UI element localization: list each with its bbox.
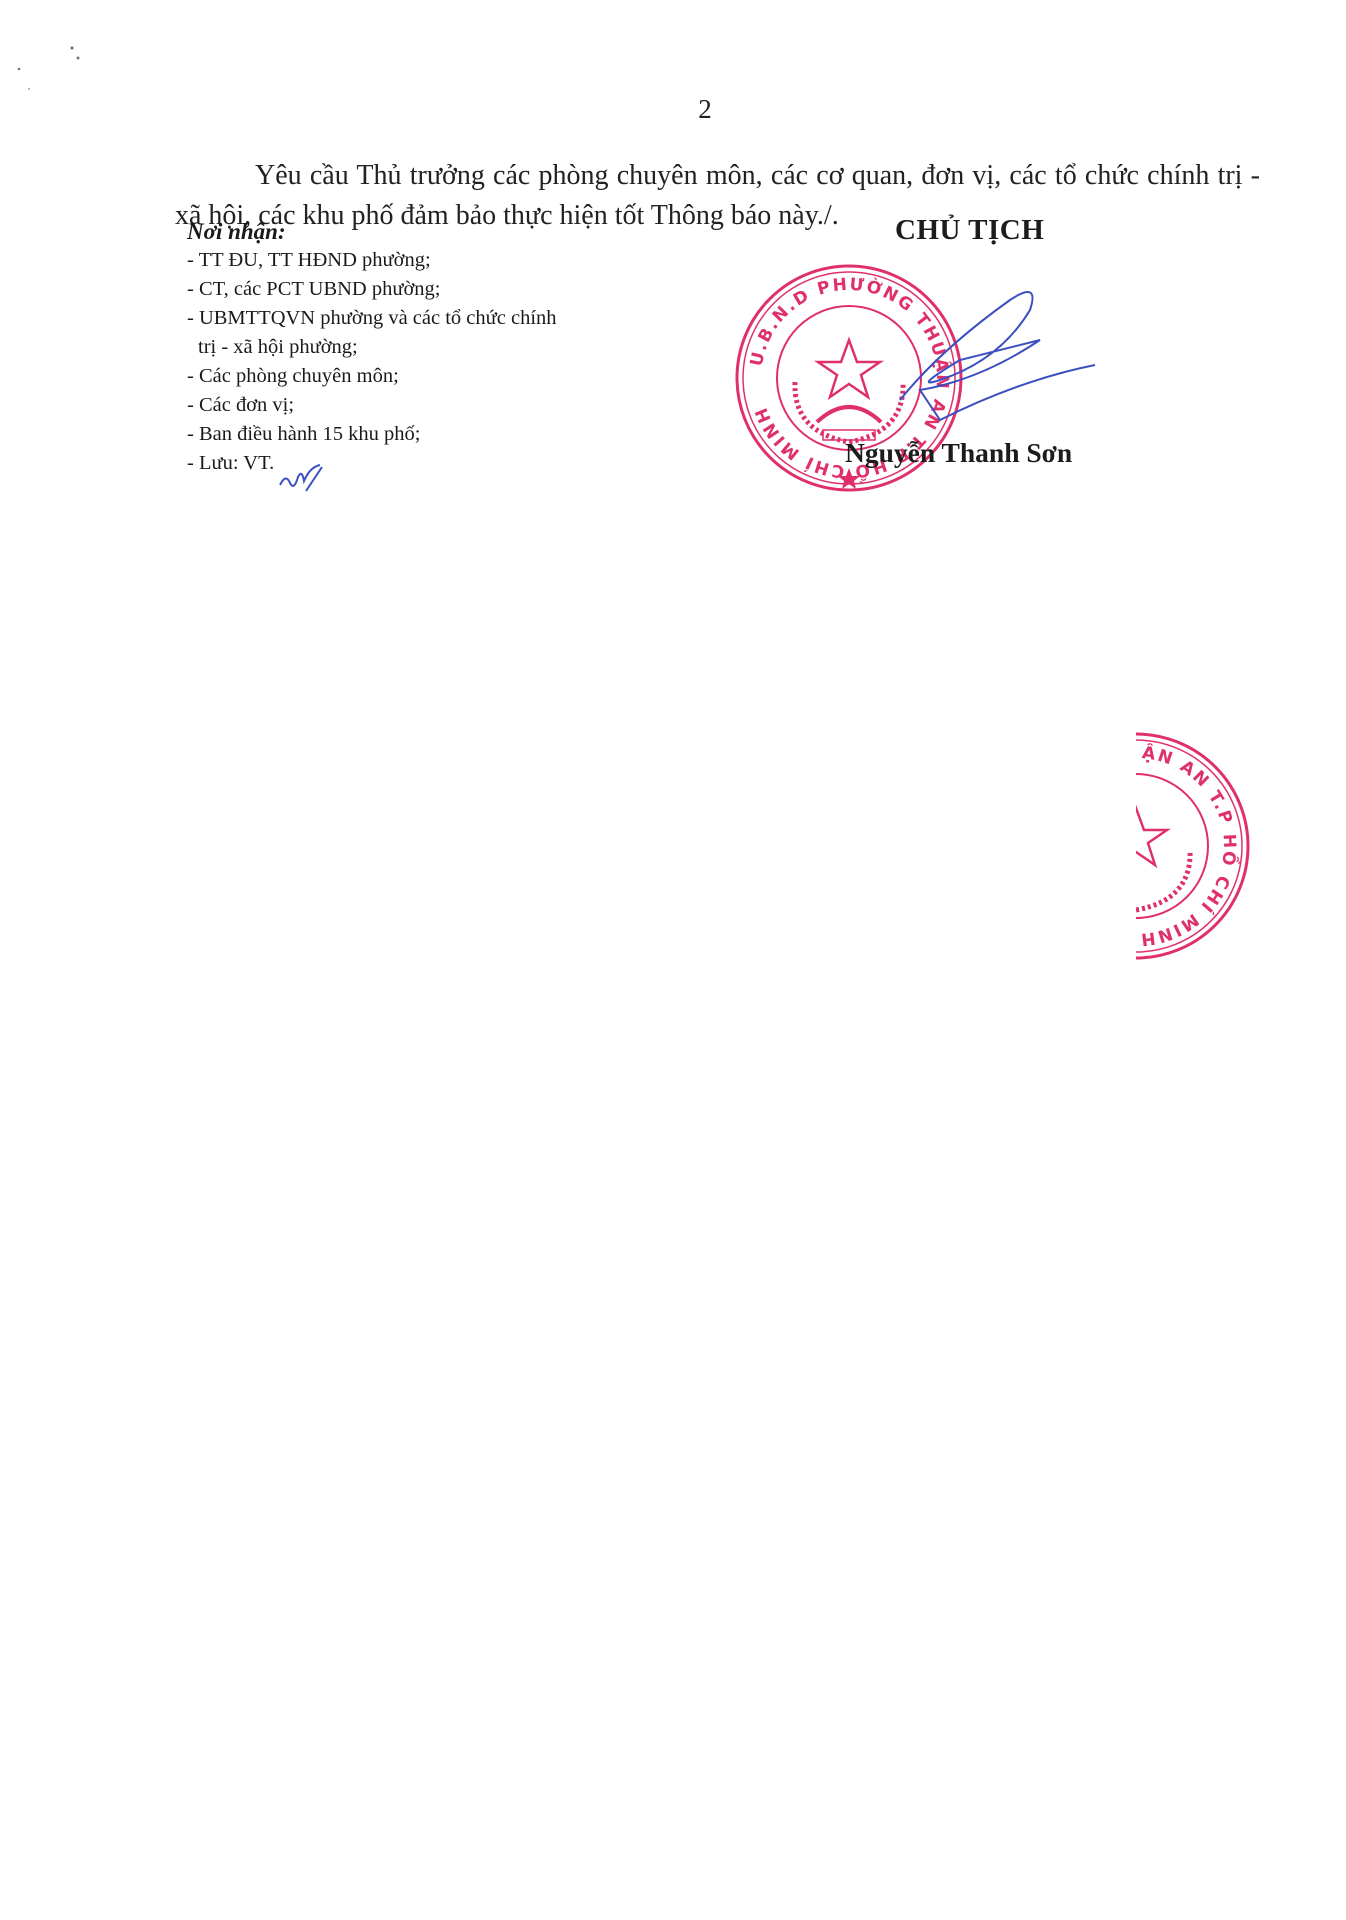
partial-stamp-text: ẬN AN T.P HỒ CHÍ MINH [1138,741,1243,949]
recipient-item: - Các phòng chuyên môn; [187,362,657,391]
recipient-item: - Lưu: VT. [187,449,657,478]
recipients-title: Nơi nhận: [187,218,657,246]
recipient-item: - UBMTTQVN phường và các tổ chức chính [187,304,657,333]
recipient-item: trị - xã hội phường; [187,333,657,362]
partial-stamp-icon: ẬN AN T.P HỒ CHÍ MINH [1020,730,1252,962]
signer-title: CHỦ TỊCH [895,214,1044,247]
recipient-item: - Các đơn vị; [187,391,657,420]
initials-scribble-icon [276,463,336,493]
recipient-item: - TT ĐU, TT HĐND phường; [187,246,657,275]
handwritten-signature-icon [880,270,1100,430]
recipient-item: - CT, các PCT UBND phường; [187,275,657,304]
signer-name: Nguyễn Thanh Sơn [845,437,1072,469]
page-number: 2 [0,94,1346,125]
recipients-list: - TT ĐU, TT HĐND phường; - CT, các PCT U… [187,246,657,478]
recipients-block: Nơi nhận: - TT ĐU, TT HĐND phường; - CT,… [187,218,657,478]
svg-text:ẬN AN T.P HỒ CHÍ MINH: ẬN AN T.P HỒ CHÍ MINH [1138,741,1243,949]
recipient-item: - Ban điều hành 15 khu phố; [187,420,657,449]
scan-specks [10,40,90,100]
